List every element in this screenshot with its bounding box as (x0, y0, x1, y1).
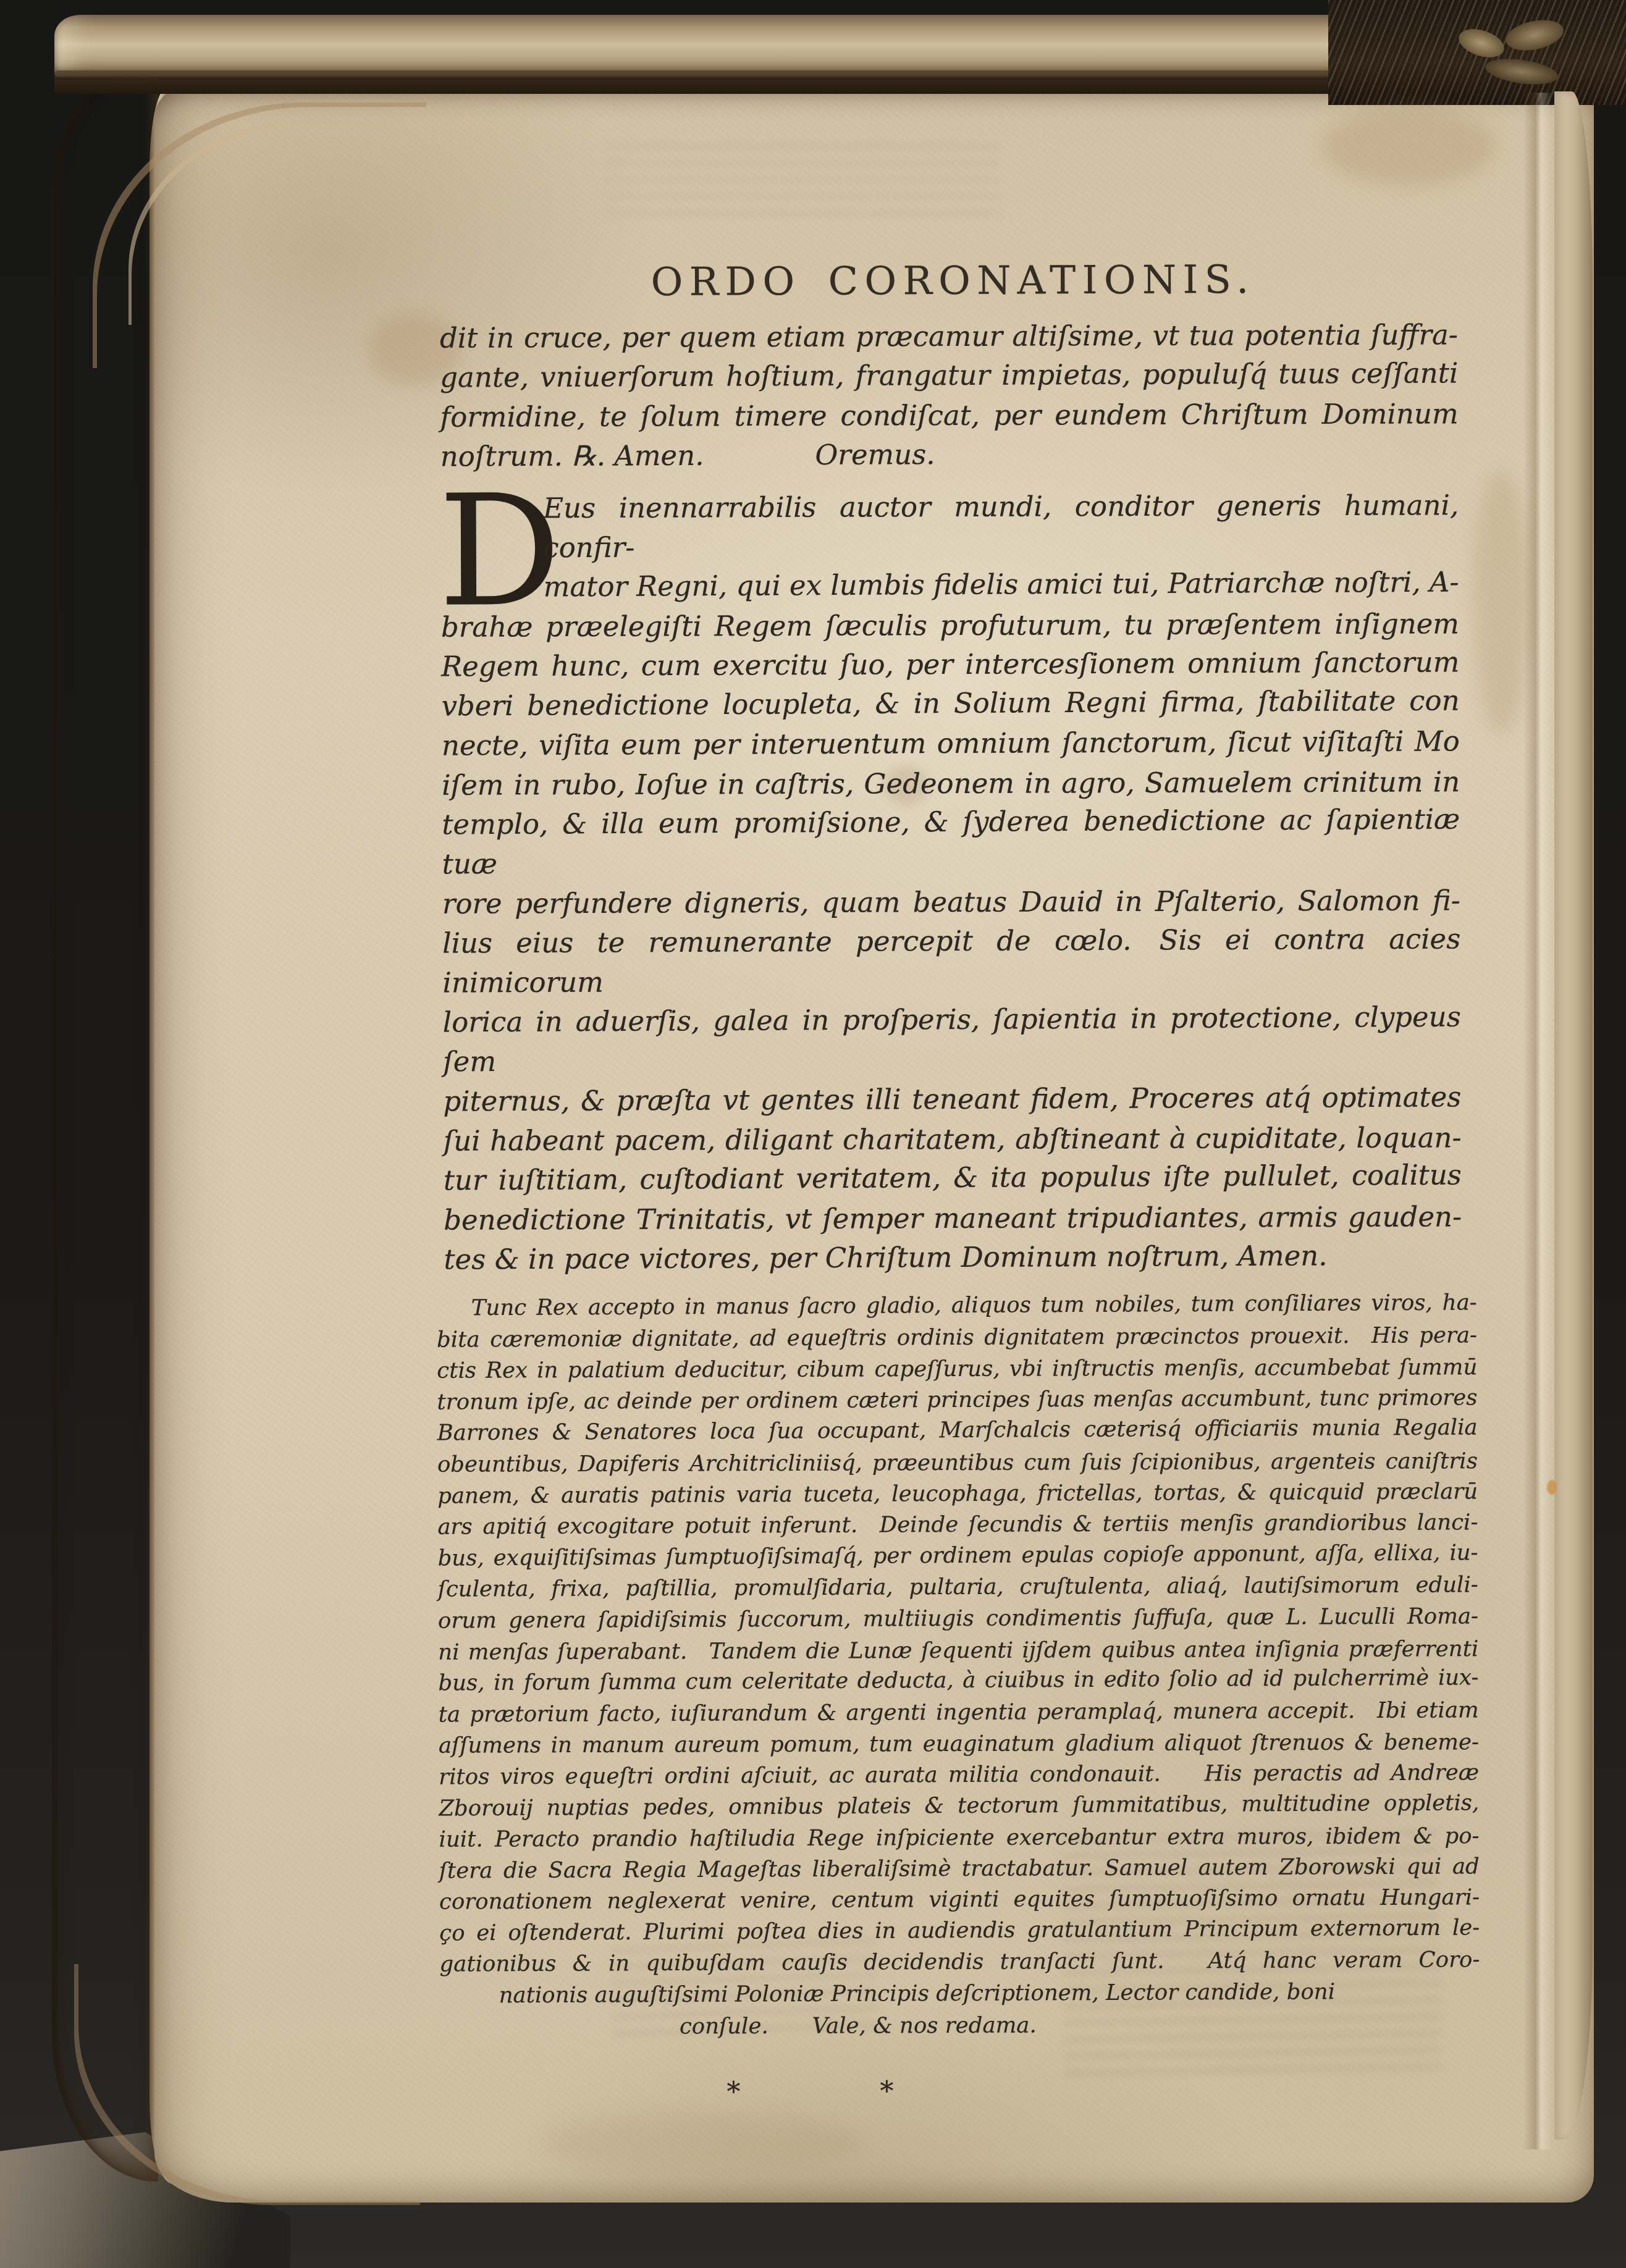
oration-line: lorica in aduerſis, galea in proſperis, … (443, 997, 1462, 1082)
oration-line: lius eius te remunerante percepit de cœl… (442, 919, 1461, 1002)
chronicle-line: ta prætorium facto, iuſiurandum & argent… (439, 1695, 1479, 1731)
chronicle-line: bita cæremoniæ dignitate, ad equeſtris o… (437, 1320, 1477, 1356)
chronicle-line: Barrones & Senatores loca ſua occupant, … (437, 1413, 1478, 1450)
chronicle-line: bus, in forum ſumma cum celeritate deduc… (438, 1663, 1478, 1700)
chronicle-line: ço ei oſtenderat. Plurimi poſtea dies in… (439, 1912, 1480, 1949)
footer-ornament: * * (447, 2067, 1465, 2127)
chronicle-line: conſule. Vale, & nos redama. (440, 2009, 1480, 2043)
oration-line: Eus inennarrabilis auctor mundi, condito… (440, 485, 1459, 568)
chronicle-line: bus, exquiſitiſsimas ſumptuoſiſsimaſq́, … (437, 1537, 1478, 1574)
prayer-line: dit in cruce, per quem etiam præcamur al… (440, 315, 1458, 358)
prayer-line: gante, vniuerſorum hoſtium, frangatur im… (440, 353, 1458, 397)
oration-line: templo, & illa eum promiſsione, & ſydere… (442, 800, 1460, 884)
oration-line: brahæ præelegiſti Regem ſæculis profutur… (441, 604, 1459, 647)
chronicle-line: ritos viros equeſtri ordini aſciuit, ac … (439, 1757, 1479, 1793)
chronicle-line: orum genera ſapidiſsimis ſuccorum, multi… (438, 1601, 1478, 1637)
page-fold-sliver (1554, 91, 1593, 2140)
oration-paragraph: D Eus inennarrabilis auctor mundi, condi… (440, 484, 1462, 1279)
chronicle-line: iuit. Peracto prandio haſtiludia Rege in… (439, 1821, 1479, 1855)
chronicle-line: gationibus & in quibuſdam cauſis deciden… (439, 1945, 1480, 1981)
oration-line: rore perfundere digneris, quam beatus Da… (442, 881, 1460, 923)
page-title: ORDO CORONATIONIS. (439, 257, 1457, 304)
chronicle-paragraph: Tunc Rex accepto in manus ſacro gladio, … (437, 1288, 1480, 2043)
oration-line: tes & in pace victores, per Chriſtum Dom… (444, 1235, 1462, 1279)
oration-line: benedictione Trinitatis, vt ſemper manea… (444, 1197, 1462, 1240)
chronicle-line: ſtera die Sacra Regia Mageſtas liberaliſ… (439, 1851, 1480, 1887)
book-fore-edge-page-stack (52, 78, 158, 2182)
chronicle-line: ars apitiq́ excogitare potuit inferunt. … (437, 1507, 1478, 1543)
chronicle-line: aſſumens in manum aureum pomum, tum euag… (439, 1727, 1479, 1762)
page-crease (1523, 93, 1552, 2149)
asterisk-ornament: * (727, 2077, 740, 2108)
oration-line: Regem hunc, cum exercitu ſuo, per interc… (441, 642, 1459, 686)
chronicle-line: Zborouij nuptias pedes, omnibus plateis … (439, 1787, 1479, 1825)
chronicle-line: obeuntibus, Dapiferis Architricliniisq́,… (437, 1446, 1478, 1480)
asterisk-ornament: * (880, 2076, 893, 2107)
oration-line: mator Regni, qui ex lumbis fidelis amici… (441, 563, 1459, 608)
prayer-closing: dit in cruce, per quem etiam præcamur al… (440, 314, 1459, 476)
vellum-cover-edge (54, 15, 1346, 77)
prayer-line-amen-oremus: noſtrum. ℞. Amen. Oremus. (440, 432, 1459, 476)
chronicle-line: panem, & auratis patinis varia tuceta, l… (437, 1476, 1478, 1512)
oration-line: vberi benedictione locupleta, & in Soliu… (441, 681, 1459, 726)
prayer-line: formidine, te ſolum timere condiſcat, pe… (440, 394, 1458, 437)
oration-line: iſem in rubo, Ioſue in caſtris, Gedeonem… (442, 762, 1460, 805)
chronicle-line: Tunc Rex accepto in manus ſacro gladio, … (437, 1287, 1477, 1324)
chronicle-line: nationis auguſtiſsimi Poloniæ Principis … (440, 1976, 1480, 2012)
text-block: ORDO CORONATIONIS. dit in cruce, per que… (439, 257, 1465, 2127)
oration-line: ſui habeant pacem, diligant charitatem, … (444, 1118, 1462, 1161)
chronicle-line: ctis Rex in palatium deducitur, cibum ca… (437, 1352, 1477, 1387)
scanned-book-photo: ORDO CORONATIONIS. dit in cruce, per que… (0, 0, 1626, 2268)
oration-line: tur iuſtitiam, cuſtodiant veritatem, & i… (444, 1156, 1462, 1201)
chronicle-line: ſculenta, frixa, paſtillia, promulſidari… (438, 1570, 1478, 1606)
oration-line: necte, viſita eum per interuentum omnium… (442, 721, 1460, 765)
oration-line: piternus, & præſta vt gentes illi tenean… (443, 1077, 1461, 1121)
